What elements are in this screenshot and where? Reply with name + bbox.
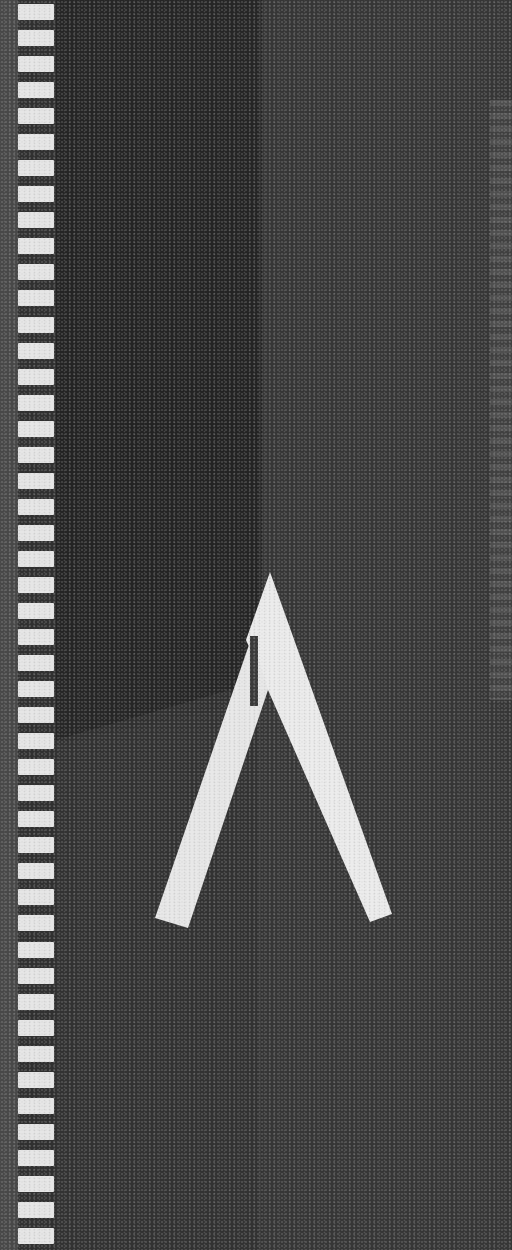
road-aerial-image [0,0,512,1250]
asphalt-texture [0,0,512,1250]
